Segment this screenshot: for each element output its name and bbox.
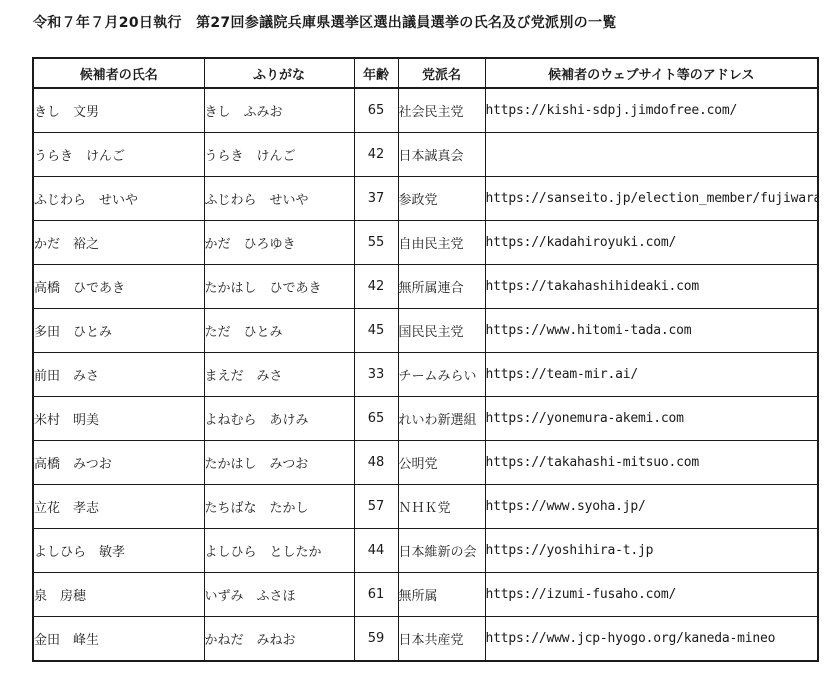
candidate-furigana-cell: ただ ひとみ: [204, 309, 354, 353]
candidate-name-cell: ふじわら せいや: [33, 177, 204, 221]
candidate-age-cell: 45: [354, 309, 398, 353]
candidate-name-cell: よしひら 敏孝: [33, 529, 204, 573]
candidate-website-cell: https://takahashi-mitsuo.com: [485, 441, 818, 485]
candidate-age-cell: 48: [354, 441, 398, 485]
candidate-age-cell: 33: [354, 353, 398, 397]
candidate-website-cell: https://sanseito.jp/election_member/fuji…: [485, 177, 818, 221]
table-row: 高橋 みつお たかはし みつお 48 公明党 https://takahashi…: [33, 441, 818, 485]
header-website: 候補者のウェブサイト等のアドレス: [485, 58, 818, 88]
candidate-party-cell: チームみらい: [398, 353, 485, 397]
candidate-furigana-cell: きし ふみお: [204, 88, 354, 133]
candidate-name-cell: 立花 孝志: [33, 485, 204, 529]
candidate-name-cell: 金田 峰生: [33, 617, 204, 662]
table-row: きし 文男 きし ふみお 65 社会民主党 https://kishi-sdpj…: [33, 88, 818, 133]
candidate-website-cell: https://kishi-sdpj.jimdofree.com/: [485, 88, 818, 133]
candidate-furigana-cell: よねむら あけみ: [204, 397, 354, 441]
candidate-furigana-cell: たかはし ひであき: [204, 265, 354, 309]
table-row: うらき けんご うらき けんご 42 日本誠真会: [33, 133, 818, 177]
table-row: 高橋 ひであき たかはし ひであき 42 無所属連合 https://takah…: [33, 265, 818, 309]
candidate-party-cell: 無所属連合: [398, 265, 485, 309]
candidate-name-cell: 多田 ひとみ: [33, 309, 204, 353]
candidate-name-cell: かだ 裕之: [33, 221, 204, 265]
candidate-name-cell: 米村 明美: [33, 397, 204, 441]
candidate-furigana-cell: かだ ひろゆき: [204, 221, 354, 265]
candidate-website-cell: https://www.syoha.jp/: [485, 485, 818, 529]
table-row: 立花 孝志 たちばな たかし 57 ＮＨＫ党 https://www.syoha…: [33, 485, 818, 529]
candidate-website-cell: https://www.hitomi-tada.com: [485, 309, 818, 353]
table-row: 前田 みさ まえだ みさ 33 チームみらい https://team-mir.…: [33, 353, 818, 397]
candidate-name-cell: 前田 みさ: [33, 353, 204, 397]
candidate-name-cell: 高橋 みつお: [33, 441, 204, 485]
candidate-party-cell: 日本共産党: [398, 617, 485, 662]
candidate-age-cell: 37: [354, 177, 398, 221]
candidate-name-cell: 泉 房穂: [33, 573, 204, 617]
candidate-furigana-cell: うらき けんご: [204, 133, 354, 177]
candidate-furigana-cell: たちばな たかし: [204, 485, 354, 529]
candidate-age-cell: 57: [354, 485, 398, 529]
table-row: ふじわら せいや ふじわら せいや 37 参政党 https://sanseit…: [33, 177, 818, 221]
candidate-website-cell: https://izumi-fusaho.com/: [485, 573, 818, 617]
candidate-website-cell: [485, 133, 818, 177]
candidate-age-cell: 65: [354, 88, 398, 133]
candidate-age-cell: 42: [354, 133, 398, 177]
header-party: 党派名: [398, 58, 485, 88]
table-row: 米村 明美 よねむら あけみ 65 れいわ新選組 https://yonemur…: [33, 397, 818, 441]
candidate-website-cell: https://yonemura-akemi.com: [485, 397, 818, 441]
candidate-website-cell: https://kadahiroyuki.com/: [485, 221, 818, 265]
candidate-furigana-cell: かねだ みねお: [204, 617, 354, 662]
candidates-table: 候補者の氏名 ふりがな 年齢 党派名 候補者のウェブサイト等のアドレス きし 文…: [32, 57, 819, 662]
candidate-age-cell: 65: [354, 397, 398, 441]
candidate-party-cell: 国民民主党: [398, 309, 485, 353]
candidate-furigana-cell: よしひら としたか: [204, 529, 354, 573]
header-row: 候補者の氏名 ふりがな 年齢 党派名 候補者のウェブサイト等のアドレス: [33, 58, 818, 88]
candidate-website-cell: https://takahashihideaki.com: [485, 265, 818, 309]
candidate-furigana-cell: いずみ ふさほ: [204, 573, 354, 617]
candidate-website-cell: https://www.jcp-hyogo.org/kaneda-mineo: [485, 617, 818, 662]
table-row: よしひら 敏孝 よしひら としたか 44 日本維新の会 https://yosh…: [33, 529, 818, 573]
candidate-age-cell: 61: [354, 573, 398, 617]
document-page: 令和７年７月20日執行 第27回参議院兵庫県選挙区選出議員選挙の氏名及び党派別の…: [0, 0, 830, 685]
candidates-tbody: きし 文男 きし ふみお 65 社会民主党 https://kishi-sdpj…: [33, 88, 818, 661]
candidate-website-cell: https://team-mir.ai/: [485, 353, 818, 397]
candidate-name-cell: うらき けんご: [33, 133, 204, 177]
candidate-furigana-cell: ふじわら せいや: [204, 177, 354, 221]
candidate-name-cell: きし 文男: [33, 88, 204, 133]
header-candidate-name: 候補者の氏名: [33, 58, 204, 88]
table-row: 泉 房穂 いずみ ふさほ 61 無所属 https://izumi-fusaho…: [33, 573, 818, 617]
candidate-party-cell: ＮＨＫ党: [398, 485, 485, 529]
candidate-website-cell: https://yoshihira-t.jp: [485, 529, 818, 573]
page-title: 令和７年７月20日執行 第27回参議院兵庫県選挙区選出議員選挙の氏名及び党派別の…: [33, 12, 617, 32]
candidate-party-cell: 参政党: [398, 177, 485, 221]
candidate-party-cell: れいわ新選組: [398, 397, 485, 441]
table-header: 候補者の氏名 ふりがな 年齢 党派名 候補者のウェブサイト等のアドレス: [33, 58, 818, 88]
candidate-party-cell: 無所属: [398, 573, 485, 617]
candidate-party-cell: 社会民主党: [398, 88, 485, 133]
candidate-age-cell: 59: [354, 617, 398, 662]
header-furigana: ふりがな: [204, 58, 354, 88]
table-row: 金田 峰生 かねだ みねお 59 日本共産党 https://www.jcp-h…: [33, 617, 818, 662]
candidate-party-cell: 公明党: [398, 441, 485, 485]
candidate-furigana-cell: まえだ みさ: [204, 353, 354, 397]
candidate-age-cell: 44: [354, 529, 398, 573]
table-row: かだ 裕之 かだ ひろゆき 55 自由民主党 https://kadahiroy…: [33, 221, 818, 265]
header-age: 年齢: [354, 58, 398, 88]
candidate-furigana-cell: たかはし みつお: [204, 441, 354, 485]
candidate-party-cell: 日本維新の会: [398, 529, 485, 573]
candidate-party-cell: 自由民主党: [398, 221, 485, 265]
candidate-age-cell: 42: [354, 265, 398, 309]
candidate-age-cell: 55: [354, 221, 398, 265]
candidate-name-cell: 高橋 ひであき: [33, 265, 204, 309]
table-row: 多田 ひとみ ただ ひとみ 45 国民民主党 https://www.hitom…: [33, 309, 818, 353]
candidate-party-cell: 日本誠真会: [398, 133, 485, 177]
